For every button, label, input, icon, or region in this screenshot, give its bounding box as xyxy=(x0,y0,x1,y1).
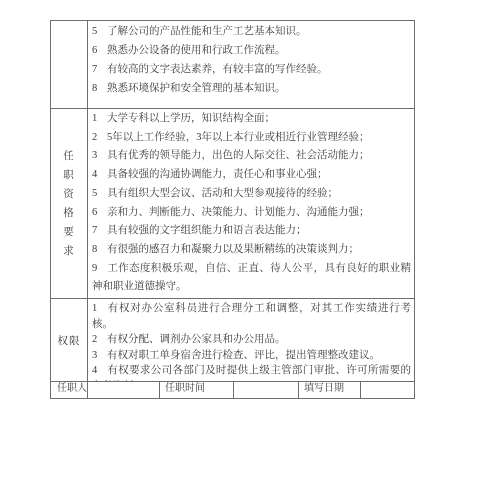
item-number: 2 xyxy=(92,332,99,348)
footer-row: 任职人 任职时间 填写日期 xyxy=(51,382,414,398)
item-text: 有较高的文字表达素养，有较丰富的写作经验。 xyxy=(107,64,328,75)
tenure-label: 任职时间 xyxy=(160,382,234,398)
job-description-table: 5了解公司的产品性能和生产工艺基本知识。 6熟悉办公设备的使用和行政工作流程。 … xyxy=(50,20,415,399)
item-number: 2 xyxy=(92,129,99,148)
list-item: 9工作态度积极乐观，自信、正直、待人公平，具有良好的职业精神和职业道德操守。 xyxy=(92,260,411,297)
item-text: 具备较强的沟通协调能力，责任心和事业心强； xyxy=(107,169,328,180)
date-value-cell xyxy=(361,382,414,398)
list-item: 8熟悉环境保护和安全管理的基本知识。 xyxy=(92,79,411,98)
item-number: 8 xyxy=(92,79,99,98)
list-item: 3具有优秀的领导能力，出色的人际交往、社会活动能力； xyxy=(92,147,411,166)
tenure-value-cell xyxy=(234,382,299,398)
item-number: 5 xyxy=(92,185,99,204)
item-text: 具有优秀的领导能力，出色的人际交往、社会活动能力； xyxy=(107,150,370,161)
item-number: 6 xyxy=(92,204,99,223)
item-text: 5年以上工作经验，3年以上本行业或相近行业管理经验； xyxy=(107,132,370,143)
item-number: 3 xyxy=(92,348,99,364)
item-text: 了解公司的产品性能和生产工艺基本知识。 xyxy=(107,26,307,37)
knowledge-label-cell xyxy=(51,21,88,108)
item-text: 熟悉环境保护和安全管理的基本知识。 xyxy=(107,83,286,94)
item-text: 大学专科以上学历，知识结构全面； xyxy=(107,113,275,124)
knowledge-row: 5了解公司的产品性能和生产工艺基本知识。 6熟悉办公设备的使用和行政工作流程。 … xyxy=(51,21,414,109)
item-number: 5 xyxy=(92,22,99,41)
list-item: 6熟悉办公设备的使用和行政工作流程。 xyxy=(92,41,411,60)
list-item: 25年以上工作经验，3年以上本行业或相近行业管理经验； xyxy=(92,129,411,148)
item-number: 7 xyxy=(92,222,99,241)
qualification-row: 任 职 资 格 要 求 1大学专科以上学历，知识结构全面； 25年以上工作经验，… xyxy=(51,109,414,299)
item-text: 有权要求公司各部门及时提供上级主管部门审批、许可所需要的各种资料。 xyxy=(92,365,411,381)
list-item: 7有较高的文字表达素养，有较丰富的写作经验。 xyxy=(92,60,411,79)
list-item: 5具有组织大型会议、活动和大型参观接待的经验； xyxy=(92,185,411,204)
item-text: 具有组织大型会议、活动和大型参观接待的经验； xyxy=(107,188,338,199)
authority-items: 1有权对办公室科员进行合理分工和调整，对其工作实绩进行考核。 2有权分配、调剂办… xyxy=(88,299,414,381)
item-number: 8 xyxy=(92,241,99,260)
item-number: 1 xyxy=(92,110,99,129)
item-text: 工作态度积极乐观，自信、正直、待人公平，具有良好的职业精神和职业道德操守。 xyxy=(92,263,411,293)
document-page: 5了解公司的产品性能和生产工艺基本知识。 6熟悉办公设备的使用和行政工作流程。 … xyxy=(0,0,480,480)
item-number: 3 xyxy=(92,147,99,166)
item-number: 9 xyxy=(92,260,99,279)
item-text: 熟悉办公设备的使用和行政工作流程。 xyxy=(107,45,286,56)
item-number: 7 xyxy=(92,60,99,79)
label-char: 要 xyxy=(63,223,75,242)
item-text: 有很强的感召力和凝聚力以及果断精练的决策谈判力； xyxy=(107,244,359,255)
item-text: 具有较强的文字组织能力和语言表达能力； xyxy=(107,225,307,236)
label-char: 求 xyxy=(63,242,75,261)
label-char: 资 xyxy=(63,185,75,204)
list-item: 6亲和力、判断能力、决策能力、计划能力、沟通能力强； xyxy=(92,204,411,223)
item-number: 6 xyxy=(92,41,99,60)
item-text: 有权对办公室科员进行合理分工和调整，对其工作实绩进行考核。 xyxy=(92,303,411,330)
list-item: 3有权对职工单身宿舍进行检查、评比，提出管理整改建议。 xyxy=(92,348,411,364)
item-text: 有权分配、调剂办公家具和办公用品。 xyxy=(107,334,286,345)
holder-label: 任职人 xyxy=(51,382,88,398)
item-text: 有权对职工单身宿舍进行检查、评比，提出管理整改建议。 xyxy=(107,350,380,361)
list-item: 4有权要求公司各部门及时提供上级主管部门审批、许可所需要的各种资料。 xyxy=(92,363,411,381)
list-item: 7具有较强的文字组织能力和语言表达能力； xyxy=(92,222,411,241)
list-item: 4具备较强的沟通协调能力，责任心和事业心强； xyxy=(92,166,411,185)
authority-row: 权限 1有权对办公室科员进行合理分工和调整，对其工作实绩进行考核。 2有权分配、… xyxy=(51,299,414,382)
list-item: 5了解公司的产品性能和生产工艺基本知识。 xyxy=(92,22,411,41)
date-label: 填写日期 xyxy=(299,382,361,398)
item-number: 1 xyxy=(92,301,99,317)
holder-value-cell xyxy=(88,382,160,398)
knowledge-items: 5了解公司的产品性能和生产工艺基本知识。 6熟悉办公设备的使用和行政工作流程。 … xyxy=(88,21,414,108)
label-char: 任 xyxy=(63,147,75,166)
item-number: 4 xyxy=(92,363,99,379)
qualification-items: 1大学专科以上学历，知识结构全面； 25年以上工作经验，3年以上本行业或相近行业… xyxy=(88,109,414,298)
authority-label: 权限 xyxy=(51,299,88,381)
label-char: 格 xyxy=(63,204,75,223)
label-char: 职 xyxy=(63,166,75,185)
list-item: 8有很强的感召力和凝聚力以及果断精练的决策谈判力； xyxy=(92,241,411,260)
list-item: 2有权分配、调剂办公家具和办公用品。 xyxy=(92,332,411,348)
list-item: 1有权对办公室科员进行合理分工和调整，对其工作实绩进行考核。 xyxy=(92,301,411,332)
item-number: 4 xyxy=(92,166,99,185)
item-text: 亲和力、判断能力、决策能力、计划能力、沟通能力强； xyxy=(107,207,370,218)
list-item: 1大学专科以上学历，知识结构全面； xyxy=(92,110,411,129)
qualification-label: 任 职 资 格 要 求 xyxy=(51,109,88,298)
